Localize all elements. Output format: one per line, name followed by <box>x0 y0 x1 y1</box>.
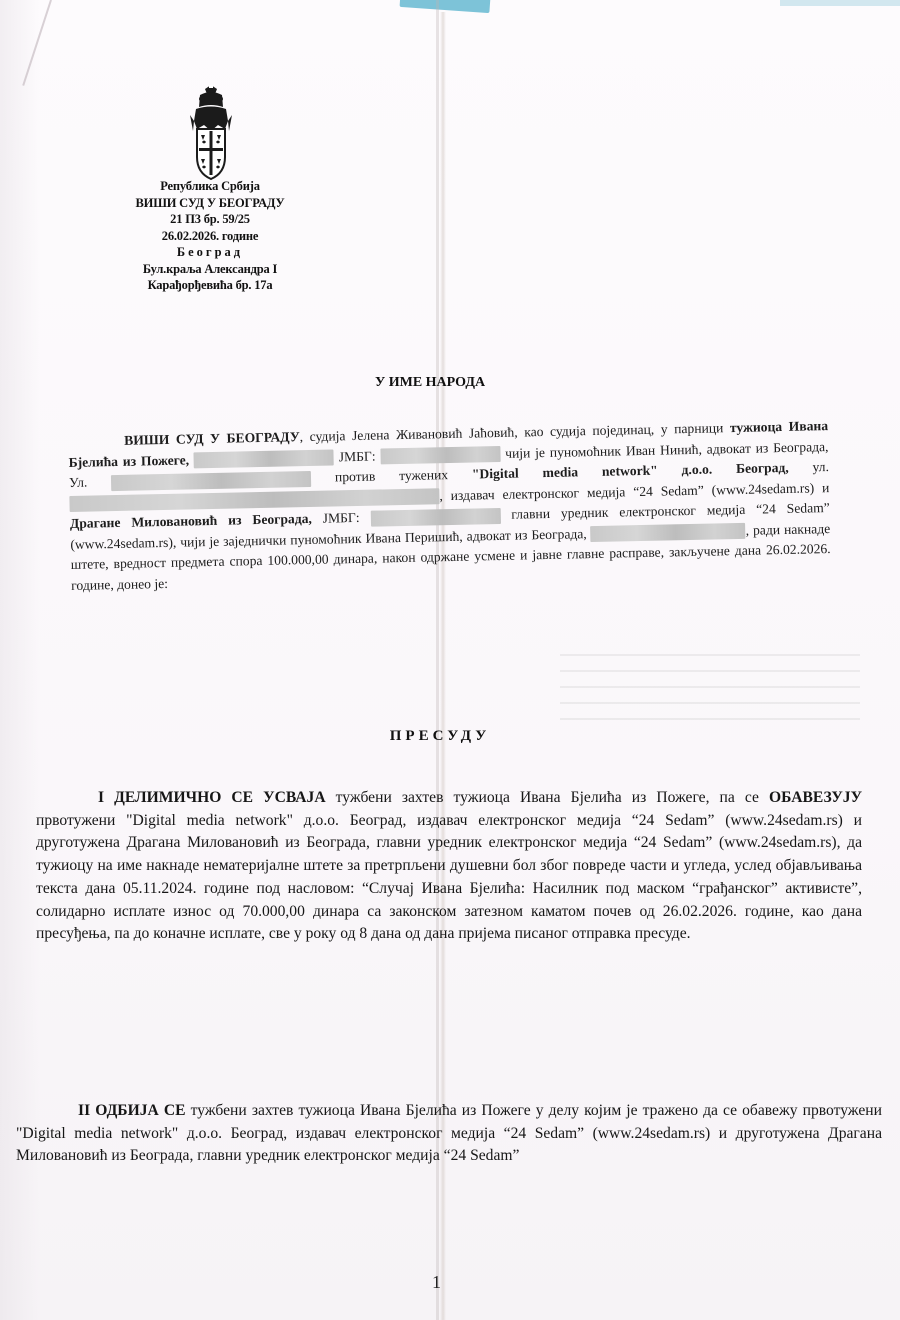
header-address-1: Бул.краља Александра I <box>90 261 330 278</box>
section-2-lead: II ОДБИЈА СЕ <box>78 1102 186 1119</box>
court-header: Република Србија ВИШИ СУД У БЕОГРАДУ 21 … <box>90 178 330 294</box>
title-in-the-name-of-people: У ИМЕ НАРОДА <box>300 375 560 391</box>
redacted-block <box>591 523 746 542</box>
section-1-lead: I ДЕЛИМИЧНО СЕ УСВАЈА <box>98 789 326 806</box>
bleed-through-text <box>560 640 860 760</box>
header-city: Београд <box>90 244 330 261</box>
redacted-block <box>194 450 334 469</box>
intro-defendant-1: "Digital media network" д.о.о. Београд, <box>472 460 789 482</box>
verdict-section-2: II ОДБИЈА СЕ тужбени захтев тужиоца Иван… <box>16 1100 882 1168</box>
intro-paragraph: ВИШИ СУД У БЕОГРАДУ, судија Јелена Живан… <box>68 416 831 596</box>
redacted-block <box>111 471 311 491</box>
title-verdict: ПРЕСУДУ <box>330 728 550 745</box>
section-1-obligation: ОБАВЕЗУЈУ <box>769 789 862 806</box>
header-address-2: Карађорђевића бр. 17а <box>90 277 330 294</box>
redacted-block <box>69 489 439 513</box>
redacted-block <box>380 446 500 465</box>
redacted-block <box>370 508 500 527</box>
verdict-section-1: I ДЕЛИМИЧНО СЕ УСВАЈА тужбени захтев туж… <box>36 787 862 946</box>
intro-court-name: ВИШИ СУД У БЕОГРАДУ <box>124 429 300 448</box>
header-date: 26.02.2026. године <box>90 228 330 245</box>
coat-of-arms-icon <box>188 85 234 181</box>
header-court: ВИШИ СУД У БЕОГРАДУ <box>90 195 330 212</box>
header-country: Република Србија <box>90 178 330 195</box>
header-case-number: 21 П3 бр. 59/25 <box>90 211 330 228</box>
intro-defendant-2: Драгане Миловановић из Београда, <box>70 511 312 531</box>
blue-folder-edge <box>780 0 900 6</box>
page-number: 1 <box>432 1272 441 1293</box>
